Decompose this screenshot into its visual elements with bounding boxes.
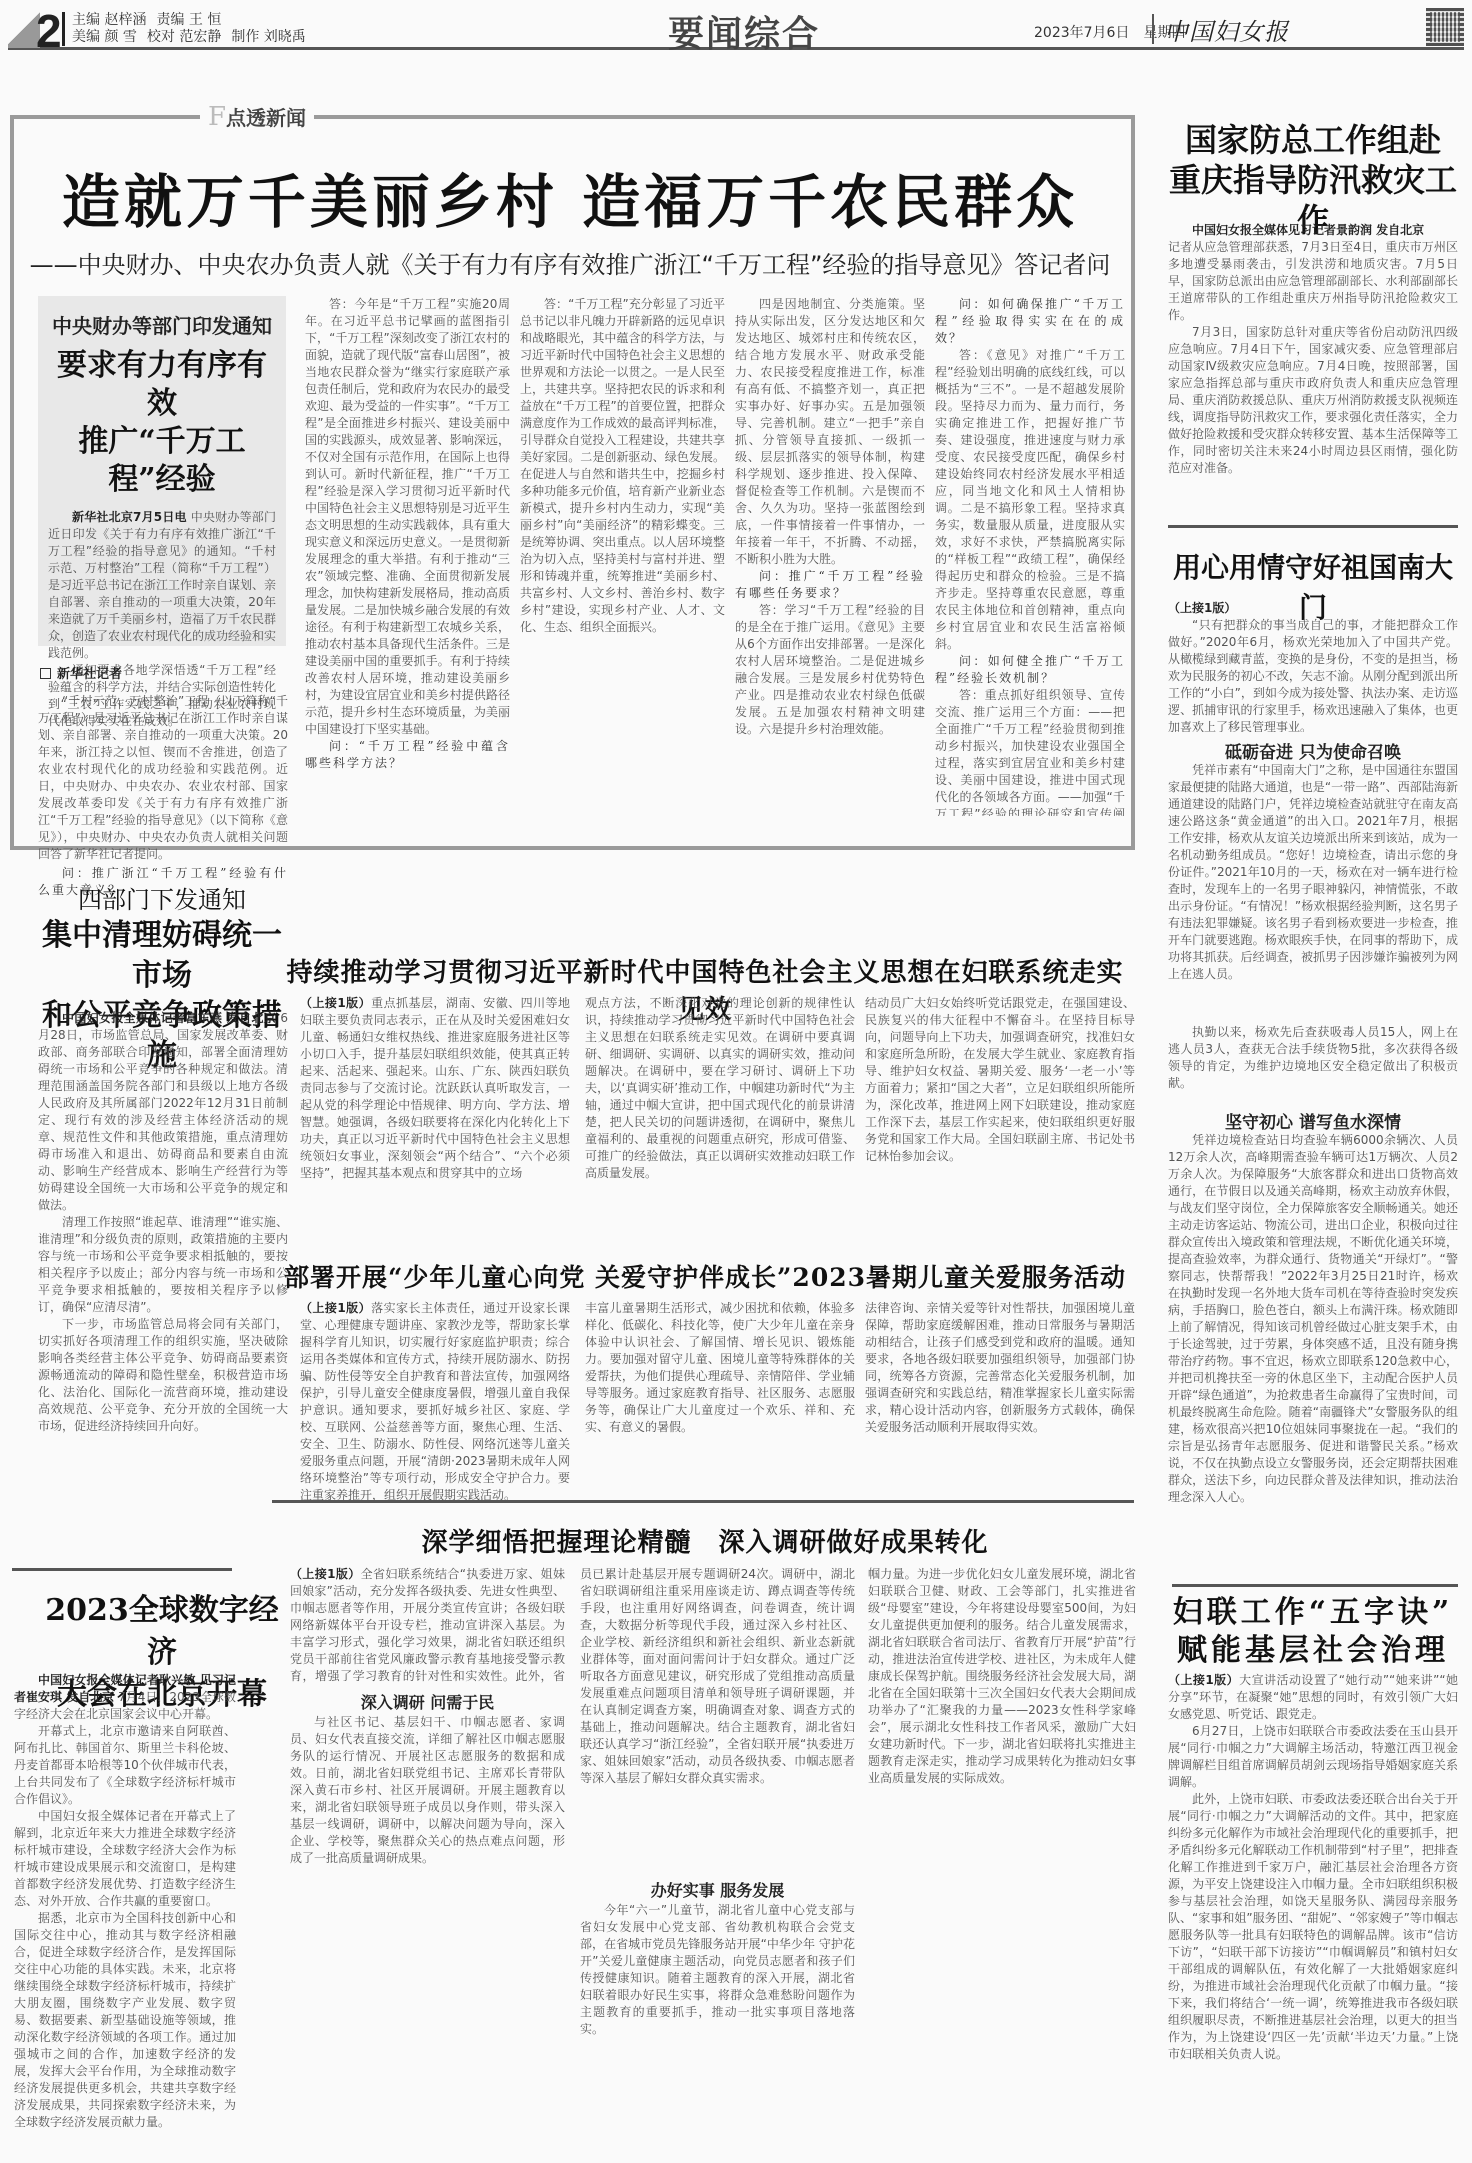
feature-column-4: 四是因地制宜、分类施策。坚持从实际出发，区分发达地区和欠发达地区、城郊村庄和传统… — [735, 296, 925, 816]
subheading: 深入调研 问需于民 — [290, 1690, 565, 1713]
article-body-border: 凭祥边境检查站日均查验车辆6000余辆次、人员12万余人次，高峰期需查验车辆可达… — [1168, 1132, 1458, 1552]
article-headline-women-federation[interactable]: 妇联工作“五字诀” 赋能基层社会治理 — [1168, 1594, 1458, 1670]
article-column: （上接1版）重点抓基层，湖南、安徽、四川等地妇联主要负责同志表示，正在从及时关爱… — [300, 995, 570, 1220]
credit-editor: 责编 王 恒 — [156, 12, 221, 28]
question: 问：“千万工程”经验中蕴含哪些科学方法？ — [305, 738, 510, 772]
byline: 中国妇女报全媒体见习记者景韵润 发自北京 — [1168, 222, 1458, 239]
article-headline-summer-children[interactable]: 部署开展“少年儿童心向党 关爱守护伴成长”2023暑期儿童关爱服务活动 — [275, 1258, 1135, 1294]
article-body-women-federation: （上接1版）大宣讲活动设置了“她行动”“她来讲”“她分享”环节，在凝聚“她”思想… — [1168, 1672, 1458, 2157]
date: 2023年7月6日 — [1034, 25, 1129, 41]
paragraph: 开幕式上，北京市邀请来自阿联酋、阿布扎比、韩国首尔、斯里兰卡科伦坡、丹麦首都哥本… — [14, 1723, 236, 1808]
byline: 新华社记者 — [40, 663, 122, 682]
paragraph: “只有把群众的事当成自己的事，才能把群众工作做好。”2020年6月，杨欢光荣地加… — [1168, 617, 1458, 732]
divider — [272, 1500, 1134, 1503]
headline-line: 赋能基层社会治理 — [1168, 1632, 1458, 1670]
paragraph: 法律咨询、亲情关爱等针对性帮扶，加强困境儿童保障，帮助家庭缓解困难，推动日常服务… — [865, 1300, 1135, 1436]
sidebar-headline: 要求有力有序有效 推广“千万工程”经验 — [48, 347, 276, 499]
article-body-market: 中国妇女报全媒体记者富东燕 发自北京 6月28日，市场监管总局、国家发展改革委、… — [38, 1010, 288, 1540]
paragraph: 与社区书记、基层妇干、巾帼志愿者、家调员、妇女代表直接交流，详细了解社区巾帼志愿… — [290, 1714, 565, 1867]
feature-column-3: 答：“千万工程”充分彰显了习近平总书记以非凡魄力开辟新路的远见卓识和战略眼光，其… — [520, 296, 725, 816]
paragraph: （上接1版）大宣讲活动设置了“她行动”“她来讲”“她分享”环节，在凝聚“她”思想… — [1168, 1672, 1458, 1723]
question: 问：推广“千万工程”经验有哪些任务要求？ — [735, 568, 925, 602]
page-number: 2 — [36, 4, 62, 58]
paragraph: 下一步，市场监管总局将会同有关部门，切实抓好各项清理工作的组织实施，坚决破除影响… — [38, 1316, 288, 1435]
article-column: 丰富儿童暑期生活形式，减少困扰和依赖，体验多样化、低碳化、科技化等，使广大少年儿… — [585, 1300, 855, 1500]
answer-paragraph: 答：重点抓好组织领导、宣传交流、推广运用三个方面：——把全面推广“千万工程”经验… — [935, 687, 1125, 816]
column-kicker: F点透新闻 — [200, 102, 314, 132]
sidebar-article[interactable]: 中央财办等部门印发通知 要求有力有序有效 推广“千万工程”经验 新华社北京7月5… — [38, 296, 286, 646]
article-body-border: 凭祥市素有“中国南大门”之称，是中国通往东盟国家最便捷的陆路大通道，也是“一带一… — [1168, 762, 1458, 1022]
sidebar-paragraph: 新华社北京7月5日电 中央财办等部门近日印发《关于有力有序有效推广浙江“千万工程… — [48, 509, 276, 662]
article-body-border: （上接1版） “只有把群众的事当成自己的事，才能把群众工作做好。”2020年6月… — [1168, 600, 1458, 732]
paragraph: 中国妇女报全媒体记者富东燕 发自北京 6月28日，市场监管总局、国家发展改革委、… — [38, 1010, 288, 1214]
paragraph: 7月3日，国家防总针对重庆等省份启动防汛四级应急响应。7月4日下午，国家减灾委、… — [1168, 324, 1458, 477]
divider — [1172, 1584, 1458, 1587]
article-column: 今年“六一”儿童节，湖北省儿童中心党支部与省妇女发展中心党支部、省幼教机构联合会… — [580, 1902, 855, 2154]
paragraph: 清理工作按照“谁起草、谁清理”“谁实施、谁清理”和分级负责的原则，政策措施的主要… — [38, 1214, 288, 1316]
section-title: 要闻综合 — [668, 6, 820, 57]
paragraph: 帼力量。为进一步优化妇女儿童发展环境，湖北省妇联联合卫健、财政、工会等部门，扎实… — [868, 1566, 1136, 1787]
article-body-digital-economy: 中国妇女报全媒体记者耿兴敏 见习记者崔安琪 发自北京 7月4日，2023全球数字… — [14, 1672, 236, 2157]
answer-paragraph: 四是因地制宜、分类施策。坚持从实际出发，区分发达地区和欠发达地区、城郊村庄和传统… — [735, 296, 925, 568]
paragraph: 今年“六一”儿童节，湖北省儿童中心党支部与省妇女发展中心党支部、省幼教机构联合会… — [580, 1902, 855, 2038]
intro-paragraph: “千村示范、万村整治”工程（以下简称“千万工程”）是习近平总书记在浙江工作时亲自… — [38, 693, 288, 863]
square-icon — [40, 668, 51, 679]
byline: 中国妇女报全媒体记者富东燕 发自北京 — [62, 1011, 276, 1025]
paragraph: 凭祥边境检查站日均查验车辆6000余辆次、人员12万余人次，高峰期需查验车辆可达… — [1168, 1132, 1458, 1506]
answer-paragraph: 答：学习“千万工程”经验的目的是全在于推广运用。《意见》主要从6个方面作出安排部… — [735, 602, 925, 738]
article-body-border: 执勤以来，杨欢先后查获吸毒人员15人，网上在逃人员3人，查获无合法手续货物5批，… — [1168, 1024, 1458, 1100]
article-column: 观点方法，不断深化对党的理论创新的规律性认识，持续推动学习贯彻习近平新时代中国特… — [585, 995, 855, 1220]
feature-column-2: 答：今年是“千万工程”实施20周年。在习近平总书记擘画的蓝图指引下，“千万工程”… — [305, 296, 510, 816]
article-column: 帼力量。为进一步优化妇女儿童发展环境，湖北省妇联联合卫健、财政、工会等部门，扎实… — [868, 1566, 1136, 2154]
sidebar-kicker: 中央财办等部门印发通知 — [48, 310, 276, 339]
headline-line: 国家防总工作组赴 — [1168, 120, 1458, 160]
paragraph: 丰富儿童暑期生活形式，减少困扰和依赖，体验多样化、低碳化、科技化等，使广大少年儿… — [585, 1300, 855, 1436]
answer-paragraph: 答：《意见》对推广“千万工程”经验划出明确的底线红线，可以概括为“三不”。一是不… — [935, 347, 1125, 653]
article-column: 结动员广大妇女始终听党话跟党走，在强国建设、民族复兴的伟大征程中不懈奋斗。在坚持… — [865, 995, 1135, 1220]
divider — [62, 12, 65, 46]
headline-line: 推广“千万工程”经验 — [48, 423, 276, 499]
paragraph-text: 重点抓基层，湖南、安徽、四川等地妇联主要负责同志表示，正在从及时关爱困难妇女儿童… — [300, 996, 570, 1180]
divider — [12, 1568, 232, 1571]
paragraph: 中国妇女报全媒体记者耿兴敏 见习记者崔安琪 发自北京 7月4日，2023全球数字… — [14, 1672, 236, 1723]
headline-line: 要求有力有序有效 — [48, 347, 276, 423]
credit-chief-editor: 主编 赵梓涵 — [72, 12, 146, 28]
subheading: 砥砺奋进 只为使命召唤 — [1168, 738, 1458, 763]
continued-label: （上接1版） — [300, 996, 371, 1010]
answer-paragraph: 答：今年是“千万工程”实施20周年。在习近平总书记擘画的蓝图指引下，“千万工程”… — [305, 296, 510, 738]
paragraph: 据悉，北京市为全国科技创新中心和国际交往中心，推动其与数字经济相融合，促进全球数… — [14, 1910, 236, 2131]
credit-proofreader: 校对 范宏静 — [147, 29, 221, 45]
lead-subheadline: ——中央财办、中央农办负责人就《关于有力有序有效推广浙江“千万工程”经验的指导意… — [0, 245, 1140, 280]
byline-text: 新华社记者 — [57, 667, 122, 682]
intro-column: “千村示范、万村整治”工程（以下简称“千万工程”）是习近平总书记在浙江工作时亲自… — [38, 693, 288, 899]
paragraph: 结动员广大妇女始终听党话跟党走，在强国建设、民族复兴的伟大征程中不懈奋斗。在坚持… — [865, 995, 1135, 1165]
headline-line: 集中清理妨碍统一市场 — [38, 916, 286, 996]
credit-producer: 制作 刘晓禹 — [231, 29, 305, 45]
qr-code-icon[interactable] — [1426, 8, 1464, 46]
paragraph: （上接1版）重点抓基层，湖南、安徽、四川等地妇联主要负责同志表示，正在从及时关爱… — [300, 995, 570, 1182]
article-column: （上接1版）全省妇联系统结合“执委进万家、姐妹回娘家”活动，充分发挥各级执委、先… — [290, 1566, 565, 1686]
paragraph: 执勤以来，杨欢先后查获吸毒人员15人，网上在逃人员3人，查获无合法手续货物5批，… — [1168, 1024, 1458, 1092]
paragraph: 凭祥市素有“中国南大门”之称，是中国通往东盟国家最便捷的陆路大通道，也是“一带一… — [1168, 762, 1458, 983]
paragraph-text: 落实家长主体责任，通过开设家长课堂、心理健康专题讲座、家教沙龙等，帮助家长掌握科… — [300, 1301, 570, 1500]
article-body-flood: 中国妇女报全媒体见习记者景韵润 发自北京 记者从应急管理部获悉，7月3日至4日，… — [1168, 222, 1458, 510]
article-column: （上接1版）落实家长主体责任，通过开设家长课堂、心理健康专题讲座、家教沙龙等，帮… — [300, 1300, 570, 1500]
paragraph: 中国妇女报全媒体记者在开幕式上了解到，北京近年来大力推进全球数字经济标杆城市建设… — [14, 1808, 236, 1910]
article-column: 法律咨询、亲情关爱等针对性帮扶，加强困境儿童保障，帮助家庭缓解困难，推动日常服务… — [865, 1300, 1135, 1500]
article-column: 与社区书记、基层妇干、巾帼志愿者、家调员、妇女代表直接交流，详细了解社区巾帼志愿… — [290, 1714, 565, 2154]
headline-line: 妇联工作“五字诀” — [1168, 1594, 1458, 1632]
paragraph: 记者从应急管理部获悉，7月3日至4日，重庆市万州区多地遭受暴雨袭击，引发洪涝和地… — [1168, 239, 1458, 324]
dateline: 新华社北京7月5日电 — [72, 510, 187, 524]
subheading: 办好实事 服务发展 — [580, 1878, 855, 1901]
paragraph-text: 全省妇联系统结合“执委进万家、姐妹回娘家”活动，充分发挥各级执委、先进女性典型、… — [290, 1567, 565, 1686]
kicker-letter: F — [208, 102, 226, 132]
question: 问：如何确保推广“千万工程”经验取得实实在在的成效？ — [935, 296, 1125, 347]
divider — [1152, 14, 1154, 44]
paragraph-text: 6月28日，市场监管总局、国家发展改革委、财政部、商务部联合印发通知，部署全面清… — [38, 1011, 288, 1212]
credit-art-editor: 美编 颜 雪 — [72, 29, 137, 45]
feature-column-5: 问：如何确保推广“千万工程”经验取得实实在在的成效？ 答：《意见》对推广“千万工… — [935, 296, 1125, 816]
paragraph: （上接1版）落实家长主体责任，通过开设家长课堂、心理健康专题讲座、家教沙龙等，帮… — [300, 1300, 570, 1500]
paragraph: 6月27日，上饶市妇联联合市委政法委在玉山县开展“同行·巾帼之力”大调解主场活动… — [1168, 1723, 1458, 1791]
kicker-label: 点透新闻 — [226, 106, 306, 130]
article-headline-deep-study[interactable]: 深学细悟把握理论精髓 深入调研做好成果转化 — [275, 1522, 1135, 1559]
continued-label: （上接1版） — [1168, 600, 1458, 617]
continued-label: （上接1版） — [300, 1301, 371, 1315]
newspaper-logo: 中国妇女报 — [1164, 12, 1289, 47]
divider — [1168, 525, 1458, 528]
paragraph: （上接1版）全省妇联系统结合“执委进万家、姐妹回娘家”活动，充分发挥各级执委、先… — [290, 1566, 565, 1686]
paragraph: 员已累计赴基层开展专题调研24次。调研中，湖北省妇联调研组注重采用座谈走访、蹲点… — [580, 1566, 855, 1787]
article-column: 员已累计赴基层开展专题调研24次。调研中，湖北省妇联调研组注重采用座谈走访、蹲点… — [580, 1566, 855, 1866]
question: 问：如何健全推广“千万工程”经验长效机制？ — [935, 653, 1125, 687]
continued-label: （上接1版） — [290, 1567, 361, 1581]
continued-label: （上接1版） — [1168, 1673, 1239, 1687]
masthead: 2 主编 赵梓涵责编 王 恒 美编 颜 雪校对 范宏静制作 刘晓禹 要闻综合 2… — [8, 8, 1464, 50]
lead-headline[interactable]: 造就万千美丽乡村 造福万千农民群众 — [0, 155, 1140, 239]
subheading: 坚守初心 谱写鱼水深情 — [1168, 1108, 1458, 1133]
kicker: 四部门下发通知 — [38, 880, 286, 915]
headline-line: 2023全球数字经济 — [38, 1590, 286, 1674]
answer-paragraph: 答：“千万工程”充分彰显了习近平总书记以非凡魄力开辟新路的远见卓识和战略眼光，其… — [520, 296, 725, 636]
paragraph-text: 中央财办等部门近日印发《关于有力有序有效推广浙江“千万工程”经验的指导意见》的通… — [48, 510, 276, 660]
paragraph: 此外，上饶市妇联、市委政法委还联合出台关于开展“同行·巾帼之力”大调解活动的文件… — [1168, 1791, 1458, 2063]
editor-credits: 主编 赵梓涵责编 王 恒 美编 颜 雪校对 范宏静制作 刘晓禹 — [72, 12, 316, 46]
paragraph: 观点方法，不断深化对党的理论创新的规律性认识，持续推动学习贯彻习近平新时代中国特… — [585, 995, 855, 1182]
